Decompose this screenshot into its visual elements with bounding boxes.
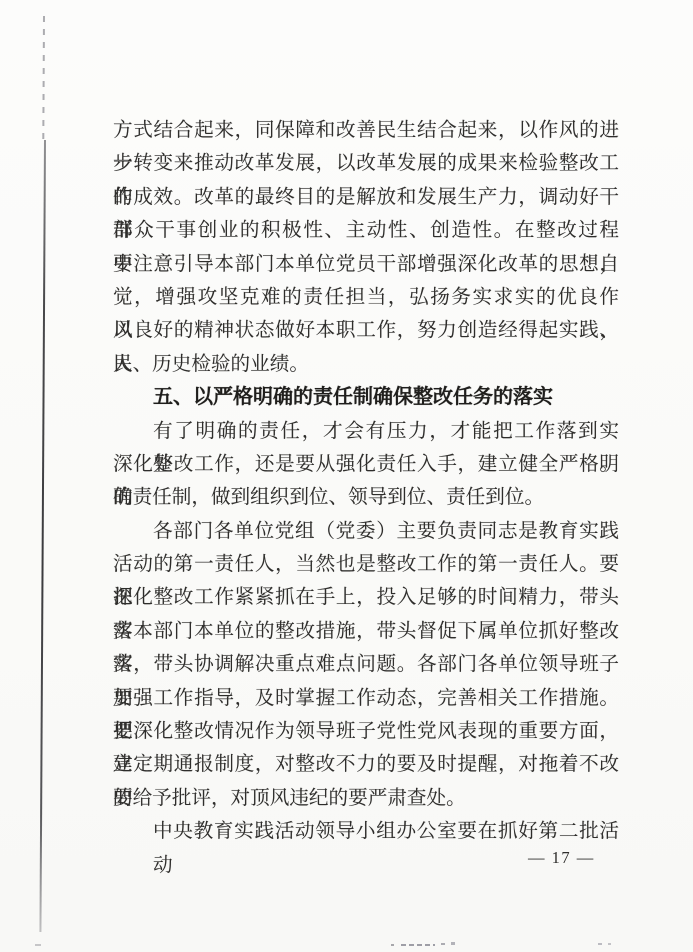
text-line: 活动的第一责任人，当然也是整改工作的第一责任人。要把 [113, 548, 619, 581]
document-text-block: 方式结合起来，同保障和改善民生结合起来，以作风的进一 步转变来推动改革发展，以改… [113, 114, 619, 849]
text-line: 民、历史检验的业绩。 [113, 348, 619, 381]
scan-speck [35, 944, 41, 946]
binding-scan-artifact-line [39, 140, 45, 932]
page-number: — 17 — [528, 845, 608, 871]
text-line: 实本部门本单位的整改措施，带头督促下属单位抓好整改落 [113, 615, 619, 648]
text-line: 中央教育实践活动领导小组办公室要在抓好第二批活动 [113, 815, 619, 848]
text-line: 把深化整改情况作为领导班子党性党风表现的重要方面，建 [113, 715, 619, 748]
scan-speck [391, 944, 394, 946]
scan-speck-dashes [401, 944, 435, 946]
text-line: 的责任制，做到组织到位、领导到位、责任到位。 [113, 481, 619, 514]
scanned-document-page: 方式结合起来，同保障和改善民生结合起来，以作风的进一 步转变来推动改革发展，以改… [0, 0, 693, 952]
text-line: 加强工作指导，及时掌握工作动态，完善相关工作措施。要 [113, 682, 619, 715]
section-heading: 五、以严格明确的责任制确保整改任务的落实 [113, 381, 619, 414]
text-line: 有了明确的责任，才会有压力，才能把工作落到实处。 [113, 415, 619, 448]
binding-scan-artifact-top [42, 16, 44, 146]
text-line: 方式结合起来，同保障和改善民生结合起来，以作风的进一 [113, 114, 619, 147]
text-line: 深化整改工作，还是要从强化责任入手，建立健全严格明确 [113, 448, 619, 481]
scan-speck [441, 943, 445, 945]
text-line: 以良好的精神状态做好本职工作，努力创造经得起实践、人 [113, 314, 619, 347]
text-line: 步转变来推动改革发展，以改革发展的成果来检验整改工作 [113, 147, 619, 180]
text-line: 觉，增强攻坚克难的责任担当，弘扬务实求实的优良作风， [113, 281, 619, 314]
text-line: 要注意引导本部门本单位党员干部增强深化改革的思想自 [113, 248, 619, 281]
text-line: 各部门各单位党组（党委）主要负责同志是教育实践 [113, 515, 619, 548]
scan-speck [598, 943, 602, 945]
scan-speck [451, 942, 455, 945]
text-line: 的成效。改革的最终目的是解放和发展生产力，调动好干部 [113, 181, 619, 214]
scan-speck [608, 943, 611, 945]
text-line: 深化整改工作紧紧抓在手上，投入足够的时间精力，带头落 [113, 581, 619, 614]
text-line: 实，带头协调解决重点难点问题。各部门各单位领导班子要 [113, 648, 619, 681]
text-line: 群众干事创业的积极性、主动性、创造性。在整改过程中， [113, 214, 619, 247]
text-line: 立定期通报制度，对整改不力的要及时提醒，对拖着不改的 [113, 748, 619, 781]
text-line: 要给予批评，对顶风违纪的要严肃查处。 [113, 782, 619, 815]
